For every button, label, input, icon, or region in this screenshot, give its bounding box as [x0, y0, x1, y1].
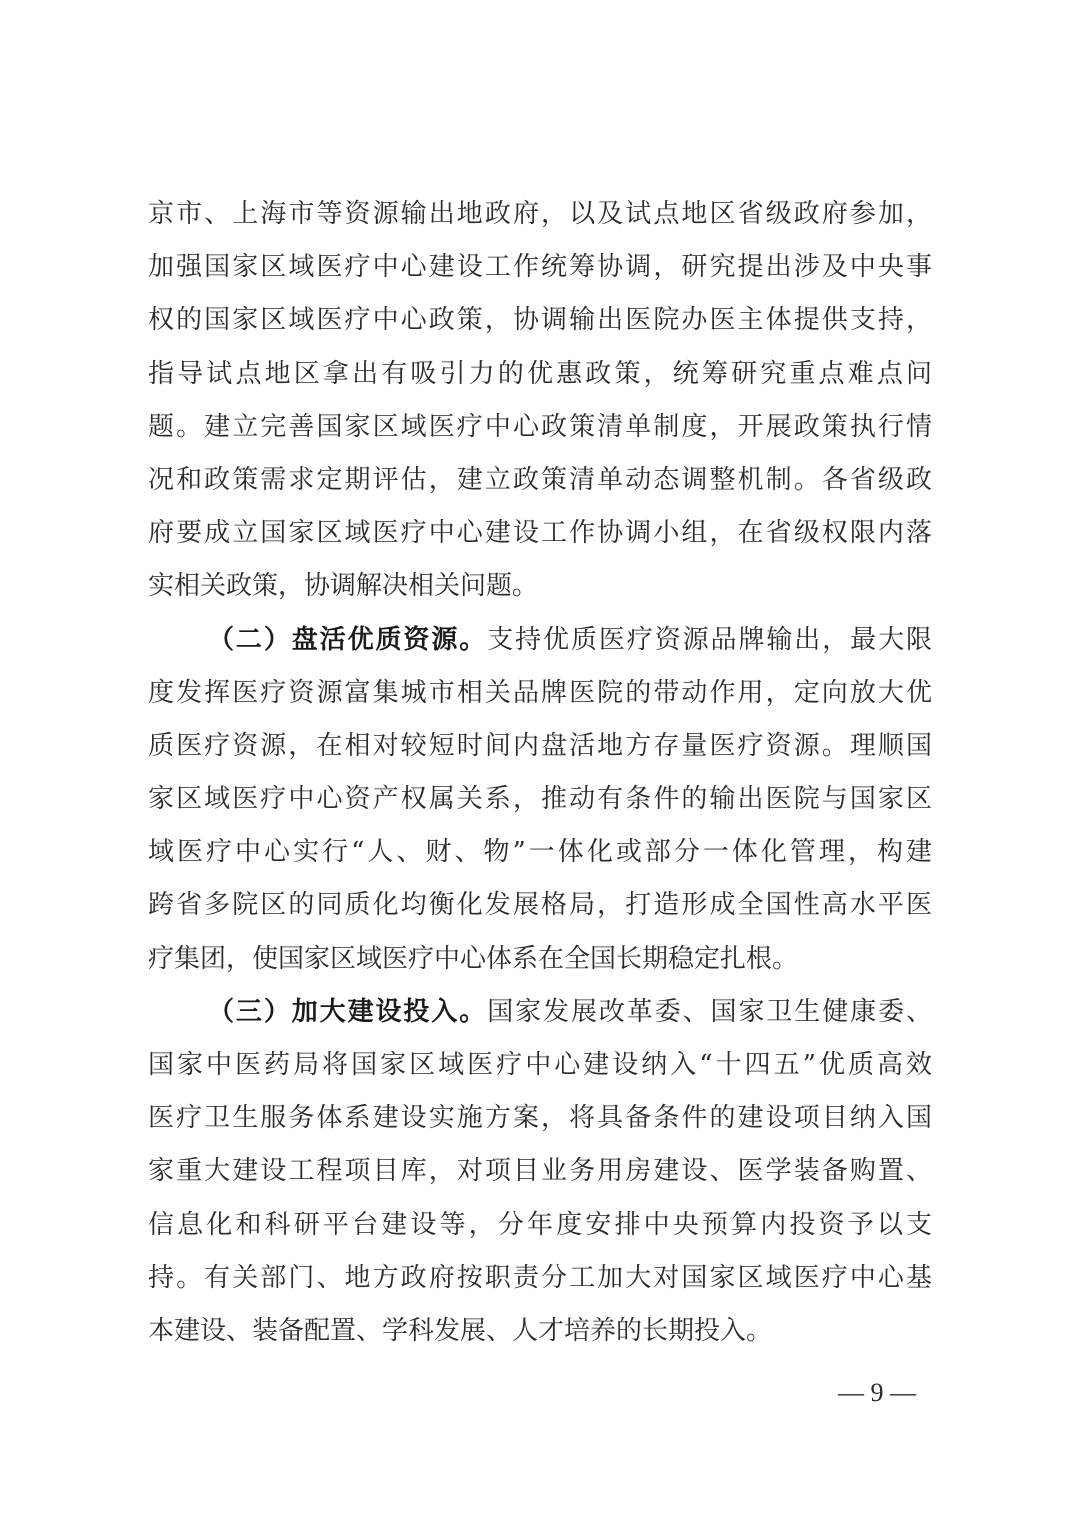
- text-line: （二）盘活优质资源。支持优质医疗资源品牌输出，最大限: [148, 614, 932, 667]
- paragraph-increase-investment: （三）加大建设投入。国家发展改革委、国家卫生健康委、 国家中医药局将国家区域医疗…: [148, 986, 932, 1358]
- paragraph-activate-resources: （二）盘活优质资源。支持优质医疗资源品牌输出，最大限 度发挥医疗资源富集城市相关…: [148, 614, 932, 986]
- document-body: 京市、上海市等资源输出地政府，以及试点地区省级政府参加， 加强国家区域医疗中心建…: [148, 188, 932, 1358]
- paragraph-policy-coordination: 京市、上海市等资源输出地政府，以及试点地区省级政府参加， 加强国家区域医疗中心建…: [148, 188, 932, 614]
- text-line: 度发挥医疗资源富集城市相关品牌医院的带动作用，定向放大优: [148, 667, 932, 720]
- text-line: 跨省多院区的同质化均衡化发展格局，打造形成全国性高水平医: [148, 879, 932, 932]
- section-heading-2: （二）盘活优质资源。: [208, 625, 487, 655]
- text-line: 本建设、装备配置、学科发展、人才培养的长期投入。: [148, 1305, 932, 1358]
- text-line: 指导试点地区拿出有吸引力的优惠政策，统筹研究重点难点问: [148, 348, 932, 401]
- text-line: 题。建立完善国家区域医疗中心政策清单制度，开展政策执行情: [148, 401, 932, 454]
- text-line: 家区域医疗中心资产权属关系，推动有条件的输出医院与国家区: [148, 773, 932, 826]
- page-number: — 9 —: [832, 1378, 922, 1408]
- text-run: 国家发展改革委、国家卫生健康委、: [487, 997, 932, 1027]
- document-page: 京市、上海市等资源输出地政府，以及试点地区省级政府参加， 加强国家区域医疗中心建…: [0, 0, 1080, 1526]
- text-line: 加强国家区域医疗中心建设工作统筹协调，研究提出涉及中央事: [148, 241, 932, 294]
- section-heading-3: （三）加大建设投入。: [208, 997, 487, 1027]
- text-line: 医疗卫生服务体系建设实施方案，将具备条件的建设项目纳入国: [148, 1092, 932, 1145]
- text-line: 府要成立国家区域医疗中心建设工作协调小组，在省级权限内落: [148, 507, 932, 560]
- text-line: 疗集团，使国家区域医疗中心体系在全国长期稳定扎根。: [148, 933, 932, 986]
- text-line: （三）加大建设投入。国家发展改革委、国家卫生健康委、: [148, 986, 932, 1039]
- text-line: 域医疗中心实行“人、财、物”一体化或部分一体化管理，构建: [148, 826, 932, 879]
- text-line: 国家中医药局将国家区域医疗中心建设纳入“十四五”优质高效: [148, 1039, 932, 1092]
- text-line: 信息化和科研平台建设等，分年度安排中央预算内投资予以支: [148, 1199, 932, 1252]
- text-line: 家重大建设工程项目库，对项目业务用房建设、医学装备购置、: [148, 1145, 932, 1198]
- text-line: 持。有关部门、地方政府按职责分工加大对国家区域医疗中心基: [148, 1252, 932, 1305]
- text-line: 质医疗资源，在相对较短时间内盘活地方存量医疗资源。理顺国: [148, 720, 932, 773]
- text-run: 支持优质医疗资源品牌输出，最大限: [487, 625, 932, 655]
- text-line: 实相关政策，协调解决相关问题。: [148, 560, 932, 613]
- text-line: 权的国家区域医疗中心政策，协调输出医院办医主体提供支持，: [148, 294, 932, 347]
- text-line: 京市、上海市等资源输出地政府，以及试点地区省级政府参加，: [148, 188, 932, 241]
- text-line: 况和政策需求定期评估，建立政策清单动态调整机制。各省级政: [148, 454, 932, 507]
